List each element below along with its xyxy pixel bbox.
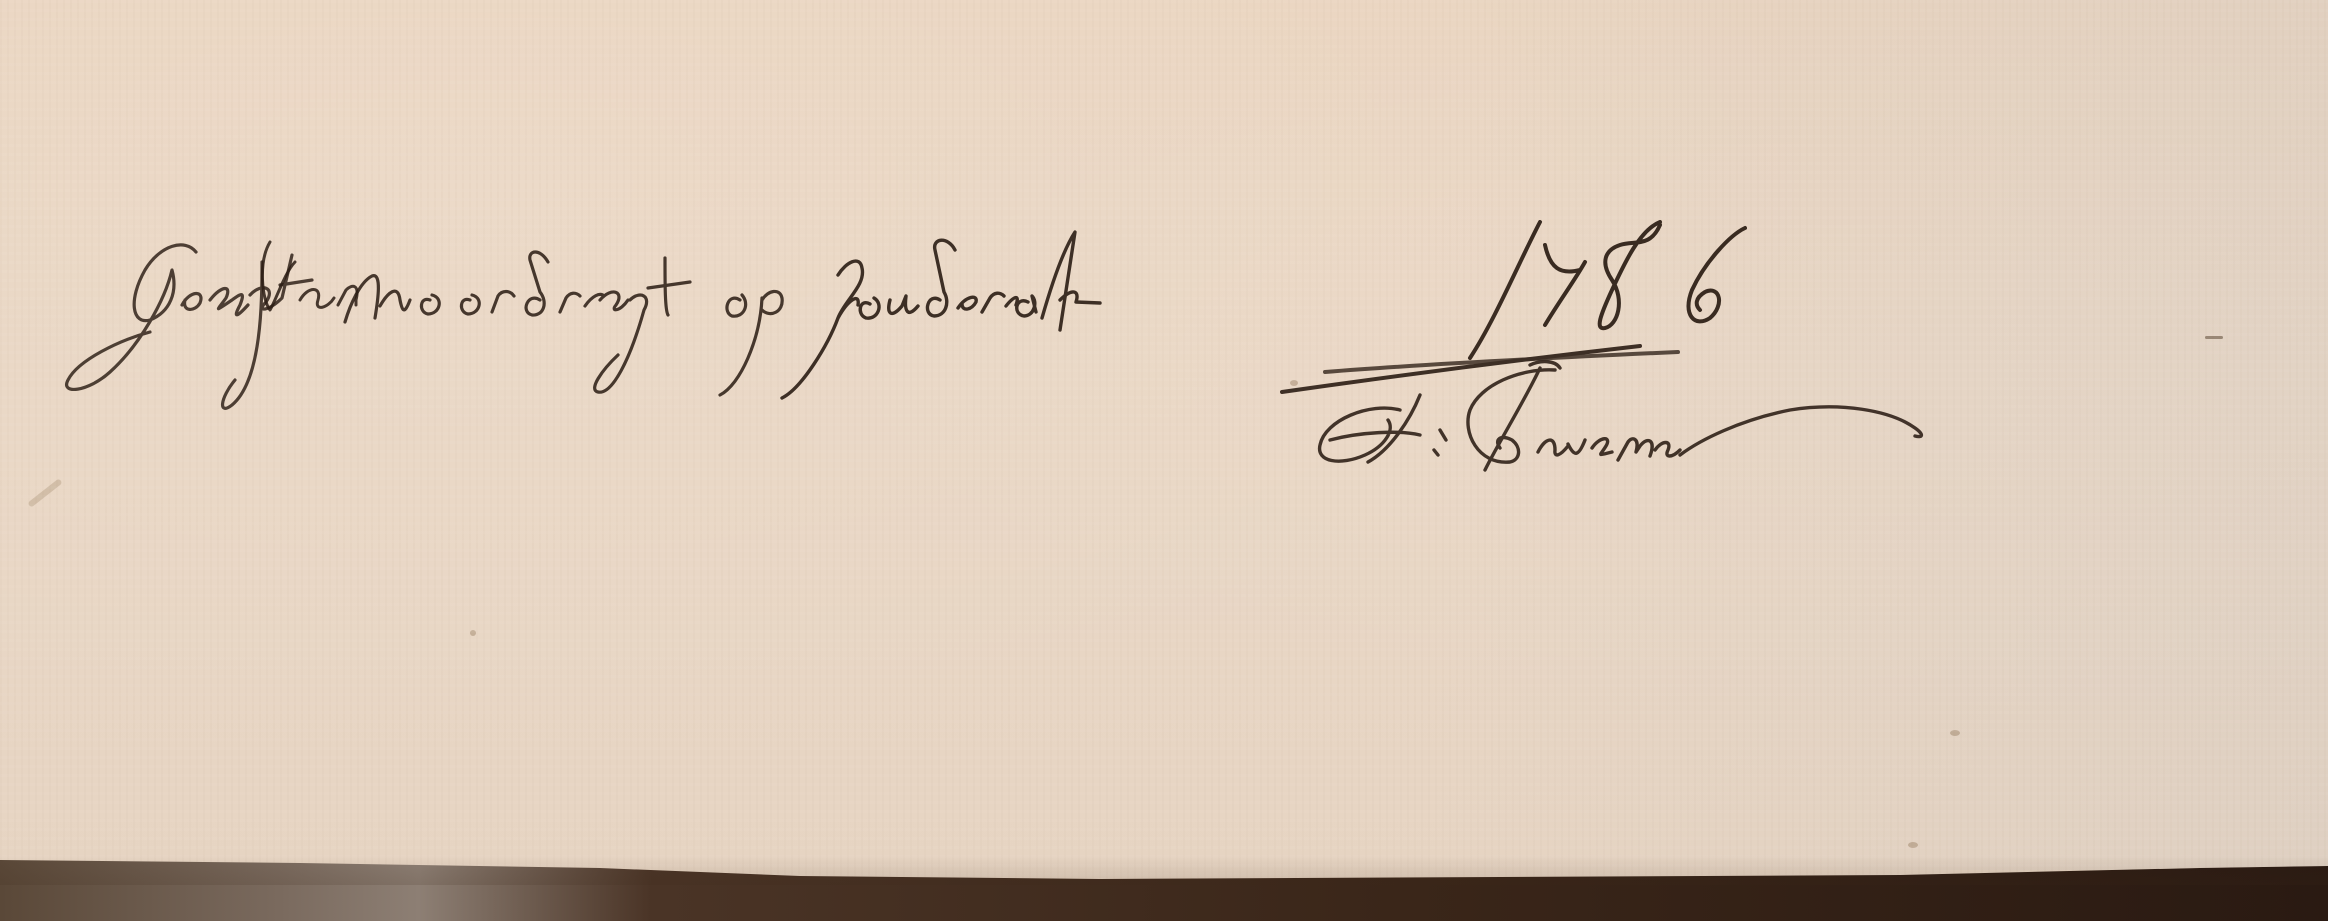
date-underlines xyxy=(1282,346,1678,392)
word-noordregt xyxy=(345,252,690,392)
word-op xyxy=(720,291,782,395)
word-van xyxy=(262,242,357,310)
photo-scene: Gezigt van Noordregt op Gouderak 1786 H:… xyxy=(0,0,2328,921)
word-gezigt xyxy=(67,245,312,408)
word-gouderak xyxy=(782,232,1100,398)
handwriting-ink xyxy=(0,0,2328,921)
signature-h-taverner xyxy=(1320,362,1922,470)
year-1786 xyxy=(1470,222,1745,358)
